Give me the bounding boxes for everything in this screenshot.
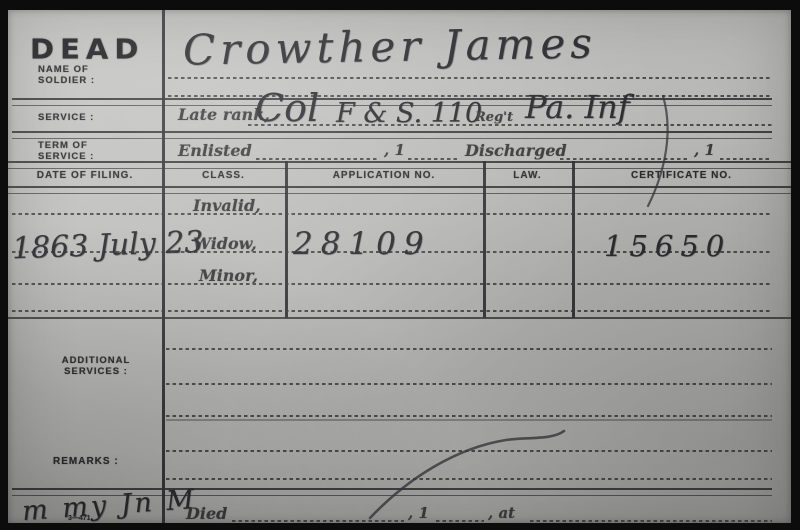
enlisted-label: Enlisted (178, 141, 252, 160)
header-bottom-border (8, 186, 791, 194)
term-of-service-label-line1: TERM OF (38, 140, 94, 151)
discharged-suffix: , 1 (694, 141, 715, 159)
dotted-line (166, 478, 772, 480)
name-of-soldier-label-line1: NAME OF (38, 64, 95, 75)
header-class: CLASS. (162, 170, 285, 181)
label-column-divider (162, 10, 165, 523)
dotted-line (248, 124, 772, 126)
dotted-line (168, 77, 772, 79)
header-date-of-filing: DATE OF FILING. (8, 170, 162, 181)
pension-index-card: DEAD NAME OF SOLDIER : Crowther James SE… (8, 10, 791, 523)
column-divider (285, 161, 288, 318)
dotted-line (12, 283, 772, 285)
column-divider (572, 161, 575, 318)
dotted-line (12, 213, 772, 215)
date-of-filing-entry: 1863 July 23 (11, 225, 204, 267)
died-suffix-1: , 1 (408, 504, 429, 522)
additional-services-label-line2: SERVICES : (46, 366, 146, 377)
header-certificate-no: CERTIFICATE NO. (572, 170, 791, 181)
photo-grain-overlay (8, 10, 791, 523)
application-no-entry: 28109 (293, 226, 432, 262)
dotted-line (232, 520, 404, 522)
dotted-line (530, 520, 772, 522)
photographed-pension-card: DEAD NAME OF SOLDIER : Crowther James SE… (0, 0, 800, 530)
died-suffix-2: , at (488, 504, 515, 522)
section-separator (166, 419, 772, 421)
dotted-line (408, 158, 460, 160)
certificate-no-entry: 15650 (604, 229, 731, 263)
table-top-border (8, 161, 791, 169)
enlisted-suffix: , 1 (384, 141, 405, 159)
dotted-line (166, 348, 772, 350)
form-number: 3—471 (68, 513, 91, 524)
regiment-entry: Pa. Inf (525, 88, 630, 126)
dotted-line (560, 158, 690, 160)
dotted-line (166, 415, 772, 417)
remarks-label: REMARKS : (53, 456, 119, 467)
discharged-label: Discharged (465, 141, 567, 160)
row-separator (12, 131, 772, 139)
dotted-line (256, 158, 378, 160)
dotted-line (720, 158, 772, 160)
table-bottom-border (8, 317, 791, 319)
dotted-line (436, 520, 484, 522)
additional-services-label-line1: ADDITIONAL (46, 355, 146, 366)
dotted-line (166, 450, 772, 452)
header-law: LAW. (483, 170, 572, 181)
dotted-line (12, 310, 772, 312)
column-divider (483, 161, 486, 318)
soldier-name-entry: Crowther James (183, 18, 598, 74)
name-of-soldier-label-line2: SOLDIER : (38, 75, 95, 86)
header-application-no: APPLICATION NO. (285, 170, 483, 181)
died-label: Died (186, 504, 227, 523)
regt-label: Reg't (475, 110, 513, 125)
stray-pen-stroke (8, 10, 791, 523)
service-label: SERVICE : (38, 112, 94, 123)
dotted-line (166, 383, 772, 385)
dead-stamp: DEAD (30, 33, 144, 65)
